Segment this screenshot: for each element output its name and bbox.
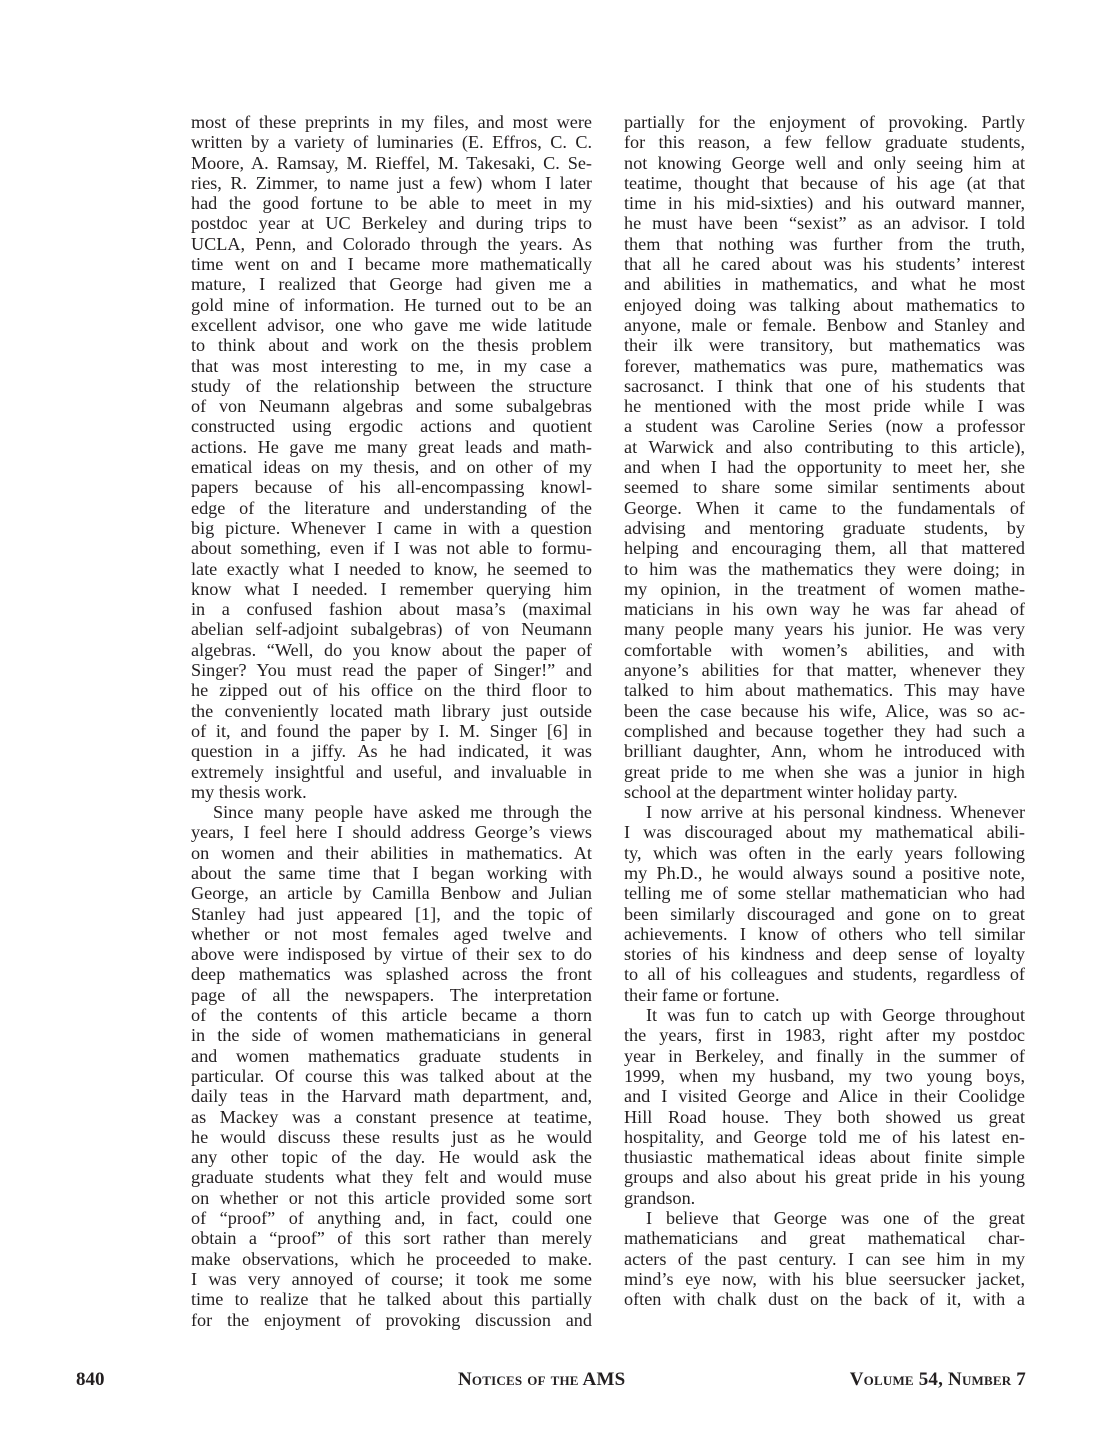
- text-line: time went on and I became more mathemati…: [191, 254, 592, 274]
- left-column: most of these preprints in my files, and…: [191, 112, 592, 1330]
- text-line: big picture. Whenever I came in with a q…: [191, 518, 592, 538]
- text-line: extremely insightful and useful, and inv…: [191, 762, 592, 782]
- text-line: to him was the mathematics they were doi…: [624, 559, 1025, 579]
- text-line: sacrosanct. I think that one of his stud…: [624, 376, 1025, 396]
- text-line: acters of the past century. I can see hi…: [624, 1249, 1025, 1269]
- text-line: often with chalk dust on the back of it,…: [624, 1289, 1025, 1309]
- text-line: on women and their abilities in mathemat…: [191, 843, 592, 863]
- text-line: forever, mathematics was pure, mathemati…: [624, 356, 1025, 376]
- text-line: George, an article by Camilla Benbow and…: [191, 883, 592, 903]
- text-line: of “proof” of anything and, in fact, cou…: [191, 1208, 592, 1228]
- text-line: a student was Caroline Series (now a pro…: [624, 416, 1025, 436]
- text-line: anyone, male or female. Benbow and Stanl…: [624, 315, 1025, 335]
- text-line: their ilk were transitory, but mathemati…: [624, 335, 1025, 355]
- text-line: groups and also about his great pride in…: [624, 1167, 1025, 1187]
- text-line: constructed using ergodic actions and qu…: [191, 416, 592, 436]
- text-line: teatime, thought that because of his age…: [624, 173, 1025, 193]
- text-line: gold mine of information. He turned out …: [191, 295, 592, 315]
- text-line: ries, R. Zimmer, to name just a few) who…: [191, 173, 592, 193]
- text-line: and I visited George and Alice in their …: [624, 1086, 1025, 1106]
- text-line: UCLA, Penn, and Colorado through the yea…: [191, 234, 592, 254]
- text-line: seemed to share some similar sentiments …: [624, 477, 1025, 497]
- volume-info: Volume 54, Number 7: [850, 1369, 1026, 1391]
- text-line: any other topic of the day. He would ask…: [191, 1147, 592, 1167]
- text-line: grandson.: [624, 1188, 1025, 1208]
- text-line: maticians in his own way he was far ahea…: [624, 599, 1025, 619]
- text-line: helping and encouraging them, all that m…: [624, 538, 1025, 558]
- text-line: he mentioned with the most pride while I…: [624, 396, 1025, 416]
- text-line: graduate students what they felt and wou…: [191, 1167, 592, 1187]
- text-line: stories of his kindness and deep sense o…: [624, 944, 1025, 964]
- text-line: of von Neumann algebras and some subalge…: [191, 396, 592, 416]
- text-line: telling me of some stellar mathematician…: [624, 883, 1025, 903]
- text-line: papers because of his all-encompassing k…: [191, 477, 592, 497]
- text-line: I was discouraged about my mathematical …: [624, 822, 1025, 842]
- text-line: 1999, when my husband, my two young boys…: [624, 1066, 1025, 1086]
- text-line: he would discuss these results just as h…: [191, 1127, 592, 1147]
- text-line: know what I needed. I remember querying …: [191, 579, 592, 599]
- text-line: in the side of women mathematicians in g…: [191, 1025, 592, 1045]
- text-line: about something, even if I was not able …: [191, 538, 592, 558]
- text-line: on whether or not this article provided …: [191, 1188, 592, 1208]
- text-line: I was very annoyed of course; it took me…: [191, 1269, 592, 1289]
- text-line: partially for the enjoyment of provoking…: [624, 112, 1025, 132]
- text-line: make observations, which he proceeded to…: [191, 1249, 592, 1269]
- text-line: I believe that George was one of the gre…: [624, 1208, 1025, 1228]
- text-line: comfortable with women’s abilities, and …: [624, 640, 1025, 660]
- text-line: about the same time that I began working…: [191, 863, 592, 883]
- text-line: and abilities in mathematics, and what h…: [624, 274, 1025, 294]
- text-line: many people many years his junior. He wa…: [624, 619, 1025, 639]
- text-line: written by a variety of luminaries (E. E…: [191, 132, 592, 152]
- text-line: mathematicians and great mathematical ch…: [624, 1228, 1025, 1248]
- text-line: I now arrive at his personal kindness. W…: [624, 802, 1025, 822]
- text-line: actions. He gave me many great leads and…: [191, 437, 592, 457]
- text-line: for the enjoyment of provoking discussio…: [191, 1310, 592, 1330]
- text-line: talked to him about mathematics. This ma…: [624, 680, 1025, 700]
- text-line: study of the relationship between the st…: [191, 376, 592, 396]
- text-line: most of these preprints in my files, and…: [191, 112, 592, 132]
- text-line: edge of the literature and understanding…: [191, 498, 592, 518]
- text-line: my thesis work.: [191, 782, 592, 802]
- text-line: anyone’s abilities for that matter, when…: [624, 660, 1025, 680]
- page-number: 840: [76, 1369, 105, 1391]
- text-line: achievements. I know of others who tell …: [624, 924, 1025, 944]
- text-line: that all he cared about was his students…: [624, 254, 1025, 274]
- text-line: to all of his colleagues and students, r…: [624, 964, 1025, 984]
- text-line: in a confused fashion about masa’s (maxi…: [191, 599, 592, 619]
- text-line: complished and because together they had…: [624, 721, 1025, 741]
- text-line: my opinion, in the treatment of women ma…: [624, 579, 1025, 599]
- text-line: hospitality, and George told me of his l…: [624, 1127, 1025, 1147]
- text-line: postdoc year at UC Berkeley and during t…: [191, 213, 592, 233]
- text-line: time in his mid-sixties) and his outward…: [624, 193, 1025, 213]
- text-line: for this reason, a few fellow graduate s…: [624, 132, 1025, 152]
- text-line: he zipped out of his office on the third…: [191, 680, 592, 700]
- text-line: George. When it came to the fundamentals…: [624, 498, 1025, 518]
- text-line: It was fun to catch up with George throu…: [624, 1005, 1025, 1025]
- text-line: as Mackey was a constant presence at tea…: [191, 1107, 592, 1127]
- text-line: excellent advisor, one who gave me wide …: [191, 315, 592, 335]
- text-line: and when I had the opportunity to meet h…: [624, 457, 1025, 477]
- text-line: year in Berkeley, and finally in the sum…: [624, 1046, 1025, 1066]
- text-line: advising and mentoring graduate students…: [624, 518, 1025, 538]
- text-line: daily teas in the Harvard math departmen…: [191, 1086, 592, 1106]
- text-line: Singer? You must read the paper of Singe…: [191, 660, 592, 680]
- text-line: to think about and work on the thesis pr…: [191, 335, 592, 355]
- text-line: been similarly discouraged and gone on t…: [624, 904, 1025, 924]
- text-line: late exactly what I needed to know, he s…: [191, 559, 592, 579]
- text-line: mind’s eye now, with his blue seersucker…: [624, 1269, 1025, 1289]
- text-line: at Warwick and also contributing to this…: [624, 437, 1025, 457]
- right-column: partially for the enjoyment of provoking…: [624, 112, 1025, 1310]
- text-line: Moore, A. Ramsay, M. Rieffel, M. Takesak…: [191, 153, 592, 173]
- text-line: not knowing George well and only seeing …: [624, 153, 1025, 173]
- text-line: the conveniently located math library ju…: [191, 701, 592, 721]
- text-line: algebras. “Well, do you know about the p…: [191, 640, 592, 660]
- text-line: whether or not most females aged twelve …: [191, 924, 592, 944]
- journal-title: Notices of the AMS: [458, 1369, 625, 1391]
- text-line: brilliant daughter, Ann, whom he introdu…: [624, 741, 1025, 761]
- text-line: obtain a “proof” of this sort rather tha…: [191, 1228, 592, 1248]
- text-line: question in a jiffy. As he had indicated…: [191, 741, 592, 761]
- text-line: above were indisposed by virtue of their…: [191, 944, 592, 964]
- text-line: my Ph.D., he would always sound a positi…: [624, 863, 1025, 883]
- text-line: their fame or fortune.: [624, 985, 1025, 1005]
- text-line: abelian self-adjoint subalgebras) of von…: [191, 619, 592, 639]
- text-line: the years, first in 1983, right after my…: [624, 1025, 1025, 1045]
- text-line: years, I feel here I should address Geor…: [191, 822, 592, 842]
- text-line: had the good fortune to be able to meet …: [191, 193, 592, 213]
- text-line: enjoyed doing was talking about mathemat…: [624, 295, 1025, 315]
- text-line: thusiastic mathematical ideas about fini…: [624, 1147, 1025, 1167]
- text-line: mature, I realized that George had given…: [191, 274, 592, 294]
- text-line: ematical ideas on my thesis, and on othe…: [191, 457, 592, 477]
- text-line: Since many people have asked me through …: [191, 802, 592, 822]
- text-line: been the case because his wife, Alice, w…: [624, 701, 1025, 721]
- text-line: deep mathematics was splashed across the…: [191, 964, 592, 984]
- text-line: he must have been “sexist” as an advisor…: [624, 213, 1025, 233]
- text-line: school at the department winter holiday …: [624, 782, 1025, 802]
- text-line: that was most interesting to me, in my c…: [191, 356, 592, 376]
- text-line: particular. Of course this was talked ab…: [191, 1066, 592, 1086]
- text-line: and women mathematics graduate students …: [191, 1046, 592, 1066]
- text-line: great pride to me when she was a junior …: [624, 762, 1025, 782]
- text-line: ty, which was often in the early years f…: [624, 843, 1025, 863]
- text-line: of it, and found the paper by I. M. Sing…: [191, 721, 592, 741]
- text-line: of the contents of this article became a…: [191, 1005, 592, 1025]
- text-line: Stanley had just appeared [1], and the t…: [191, 904, 592, 924]
- text-line: time to realize that he talked about thi…: [191, 1289, 592, 1309]
- text-line: page of all the newspapers. The interpre…: [191, 985, 592, 1005]
- text-line: them that nothing was further from the t…: [624, 234, 1025, 254]
- text-line: Hill Road house. They both showed us gre…: [624, 1107, 1025, 1127]
